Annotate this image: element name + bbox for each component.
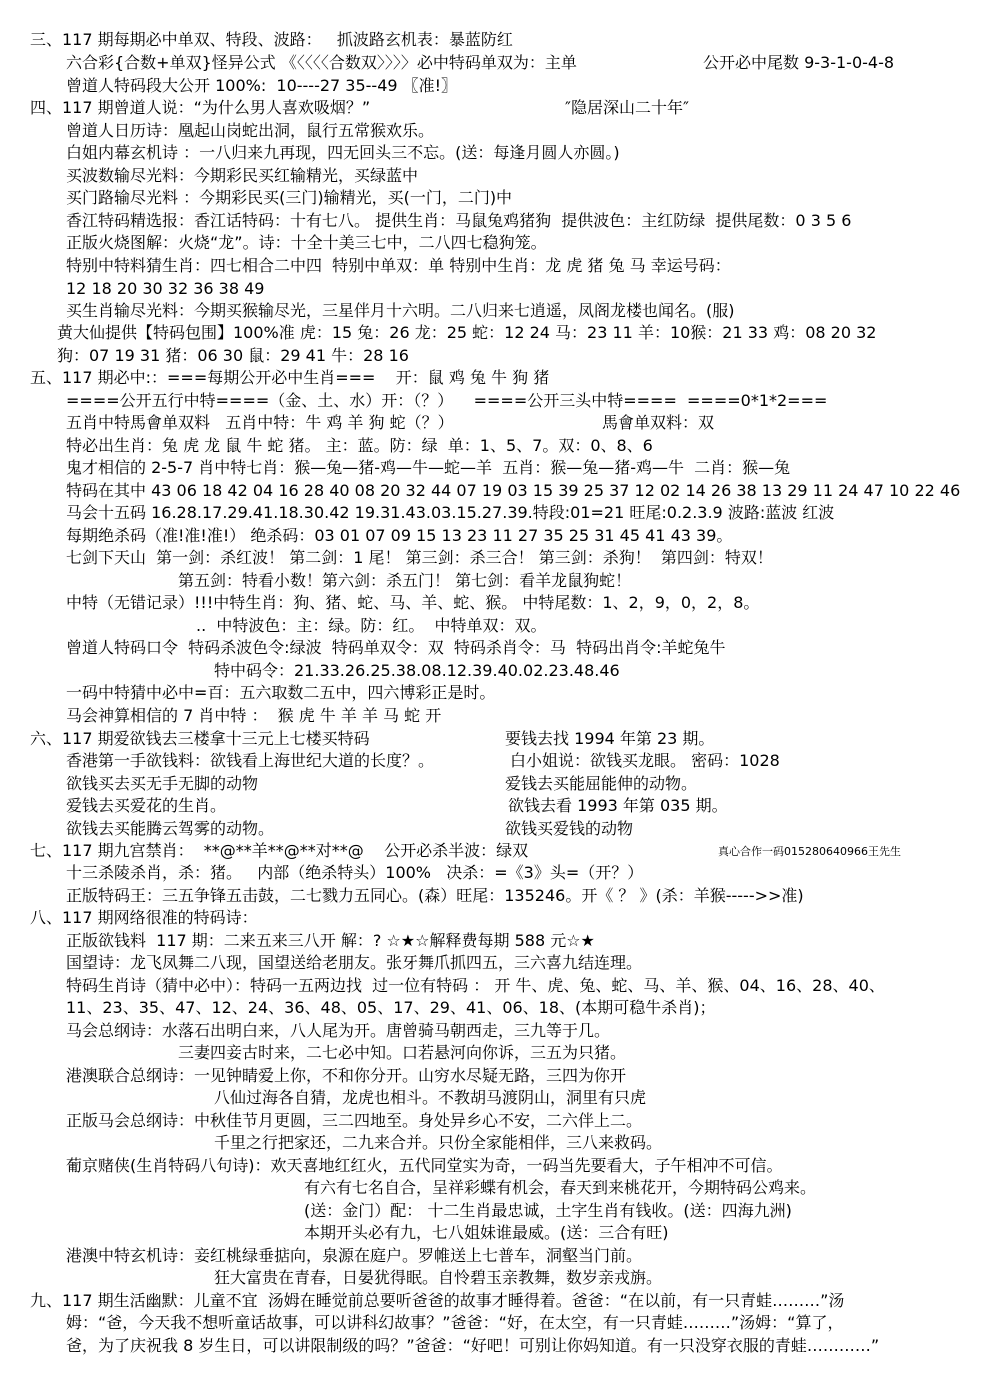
s6-right: 欲钱去看 1993 年第 035 期。 — [508, 796, 728, 816]
s7-line: 十三杀陵杀肖，杀：猪。 内部（绝杀特头）100% 决杀：=《3》头=（开？） — [66, 863, 643, 883]
s4-line: 白姐内幕玄机诗 ：一八归来九再现，四无回头三不忘。(送：每逢月圆人亦圆。) — [66, 143, 620, 163]
s9-line: 姆：“爸，今天我不想听童话故事，可以讲科幻故事？”爸爸：“好，在太空，有一只青蛙… — [66, 1313, 843, 1333]
s4-line: 正版火烧图解：火烧“龙”。诗：十全十美三七中，二八四七稳狗笼。 — [66, 233, 547, 253]
s8-heading: 八、117 期网络很准的特码诗： — [30, 908, 258, 928]
s6-left: 欲钱买去买无手无脚的动物 — [66, 774, 258, 794]
s8-line: 千里之行把家还，二九来合并。只份全家能相伴，三八来救码。 — [214, 1133, 662, 1153]
s4-lucky-numbers: 12 18 20 30 32 36 38 49 — [66, 279, 264, 299]
s9-heading: 九、117 期生活幽默：儿童不宜 汤姆在睡觉前总要听爸爸的故事才睡得着。爸爸：“… — [30, 1291, 844, 1311]
s9-line: 爸，为了庆祝我 8 岁生日，可以讲限制级的吗？”爸爸：“好吧！可别让你妈知道。有… — [66, 1336, 879, 1356]
s4-line: 特别中特料猜生肖：四七相合二中四 特别中单双：单 特别中生肖：龙 虎 猪 兔 马… — [66, 256, 731, 276]
s5-line: 曾道人特码口令 特码杀波色令:绿波 特码单双令：双 特码杀肖令：马 特码出肖令:… — [66, 638, 725, 658]
s8-line: 港澳中特玄机诗：妾红桃绿垂掂向，泉源在庭户。罗帷送上七普车，洞壑当门前。 — [66, 1246, 642, 1266]
s3-segment: 曾道人特码段大公开 100%: 10----27 35--49 〖准!〗 — [66, 76, 457, 96]
s8-line: 有六有七名自合，呈祥彩蝶有机会，春天到来桃花开，今期特码公鸡来。 — [304, 1178, 816, 1198]
s4-heading-quote: ″隐居深山二十年″ — [565, 98, 689, 118]
s5-line: 馬會单双料：双 — [602, 413, 714, 433]
s8-line: 港澳联合总纲诗：一见钟睛爱上你，不和你分开。山穷水尽疑无路，三四为你开 — [66, 1066, 626, 1086]
s5-line: 马会神算相信的 7 肖中特 ： 猴 虎 牛 羊 羊 马 蛇 开 — [66, 706, 441, 726]
s3-formula: 六合彩{合数+单双}怪异公式 《〈〈〈〈合数双〉〉〉〉必中特码单双为：主单 — [66, 53, 577, 73]
s8-line: (送：金门）配： 十二生肖最忠诚，土字生肖有钱收。(送：四海九洲) — [304, 1201, 792, 1221]
s4-line: 香江特码精选报：香江话特码：十有七八。 提供生肖：马鼠兔鸡猪狗 提供波色：主红防… — [66, 211, 851, 231]
s5-line: 鬼才相信的 2-5-7 肖中特七肖：猴—兔—猪-鸡—牛—蛇—羊 五肖：猴—兔—猪… — [66, 458, 790, 478]
s5-line: .. 中特波色：主：绿。防：红。 中特单双：双。 — [196, 616, 547, 636]
s8-line: 八仙过海各自猜，龙虎也相斗。不教胡马渡阴山，洞里有只虎 — [214, 1088, 646, 1108]
s8-line: 葡京赌侠(生肖特码八句诗)：欢天喜地红红火，五代同堂实为奇，一码当先要看大，子午… — [66, 1156, 783, 1176]
s6-left: 爱钱去买爱花的生肖。 — [66, 796, 226, 816]
s5-heading: 五、117 期必中:：===每期公开必中生肖=== 开：鼠 鸡 兔 牛 狗 猪 — [30, 368, 549, 388]
s5-line: 第五剑：特看小数！第六剑：杀五门！ 第七剑：看羊龙鼠狗蛇！ — [178, 571, 631, 591]
s7-heading: 七、117 期九宫禁肖： **@**羊**@**对**@ 公开必杀半波：绿双 — [30, 841, 528, 861]
s5-line: 马会十五码 16.28.17.29.41.18.30.42 19.31.43.0… — [66, 503, 834, 523]
s5-line: 特码在其中 43 06 18 42 04 16 28 40 08 20 32 4… — [66, 481, 960, 501]
s8-line: 马会总纲诗：水落石出明白来，八人尾为开。唐曾骑马朝西走，三九等于几。 — [66, 1021, 610, 1041]
s6-right: 爱钱去买能屈能伸的动物。 — [505, 774, 697, 794]
s8-line: 国望诗：龙飞凤舞二八现，国望送给老朋友。张牙舞爪抓四五，三六喜九结连理。 — [66, 953, 642, 973]
s5-line: 中特（无错记录）!!!中特生肖：狗、猪、蛇、马、羊、蛇、猴。 中特尾数：1、2，… — [66, 593, 759, 613]
s5-line: 特必出生肖：兔 虎 龙 鼠 牛 蛇 猪。 主：蓝。防：绿 单：1、5、7。双：0… — [66, 436, 653, 456]
s5-line: 一码中特猜中必中=百：五六取数二五中，四六博彩正是时。 — [66, 683, 495, 703]
s4-line: 狗：07 19 31 猪：06 30 鼠：29 41 牛：28 16 — [57, 346, 409, 366]
s5-line: 每期绝杀码（准!准!准!） 绝杀码：03 01 07 09 15 13 23 1… — [66, 526, 732, 546]
s6-right: 要钱去找 1994 年第 23 期。 — [505, 729, 714, 749]
s8-line: 11、23、35、47、12、24、36、48、05、17、29、41、06、1… — [66, 998, 716, 1018]
s5-line: 七剑下天山 第一剑：杀红波！ 第二剑：1 尾！ 第三剑：杀三合！ 第三剑：杀狗！… — [66, 548, 773, 568]
s3-heading: 三、117 期每期必中单双、特段、波路： 抓波路玄机表：暴蓝防红 — [30, 30, 513, 50]
s8-line: 三妻四妾古时来，二七必中知。口若悬河向你诉，三五为只猪。 — [178, 1043, 626, 1063]
s5-line: 特中码令：21.33.26.25.38.08.12.39.40.02.23.48… — [214, 661, 620, 681]
s8-line: 正版马会总纲诗：中秋佳节月更圆，三二四地至。身处异乡心不安，二六伴上二。 — [66, 1111, 642, 1131]
s8-line: 特码生肖诗（猜中必中）：特码一五两边找 过一位有特码 ： 开 牛、虎、兔、蛇、马… — [66, 976, 885, 996]
s8-line: 正版欲钱料 117 期：二来五来三八开 解：? ☆★☆解释费每期 588 元☆★ — [66, 931, 595, 951]
s3-tail-numbers: 公开必中尾数 9-3-1-0-4-8 — [703, 53, 894, 73]
s4-line: 买波数输尽光料：今期彩民买红输精光，买绿蓝中 — [66, 166, 418, 186]
s4-line: 买生肖输尽光料：今期买猴输尽光，三星伴月十六明。二八归来七逍遥，凤阁龙楼也闻名。… — [66, 301, 735, 321]
s4-line: 曾道人日历诗：凰起山岗蛇出洞，鼠行五常猴欢乐。 — [66, 121, 434, 141]
s4-heading: 四、117 期曾道人说：“为什么男人喜欢吸烟？” — [30, 98, 370, 118]
s5-line: ====公开五行中特====（金、土、水）开：（？） ====公开三头中特===… — [66, 391, 827, 411]
s7-contact: 真心合作一码015280640966王先生 — [718, 845, 901, 859]
s6-left: 香港第一手欲钱料：欲钱看上海世纪大道的长度？。 — [66, 751, 434, 771]
s4-line: 买门路输尽光料 ：今期彩民买(三门)输精光，买(一门，二门)中 — [66, 188, 512, 208]
s7-line: 正版特码王：三五争锋五击鼓，二七戮力五同心。(森）旺尾：135246。开《 ？ … — [66, 886, 804, 906]
s8-line: 狂大富贵在青春，日晏犹得眠。自怜碧玉亲教舞，数岁亲戎旃。 — [214, 1268, 662, 1288]
s6-right: 白小姐说：欲钱买龙眼。 密码：1028 — [510, 751, 780, 771]
s6-left: 欲钱去买能腾云驾雾的动物。 — [66, 819, 274, 839]
s4-line: 黄大仙提供【特码包围】100%准 虎：15 兔：26 龙：25 蛇：12 24 … — [57, 323, 876, 343]
s8-line: 本期开头必有九，七八姐妹谁最威。(送：三合有旺) — [304, 1223, 669, 1243]
s6-heading: 六、117 期爱欲钱去三楼拿十三元上七楼买特码 — [30, 729, 370, 749]
s5-line: 五肖中特馬會单双料 五肖中特：牛 鸡 羊 狗 蛇（？） — [66, 413, 454, 433]
s6-right: 欲钱买爱钱的动物 — [505, 819, 633, 839]
